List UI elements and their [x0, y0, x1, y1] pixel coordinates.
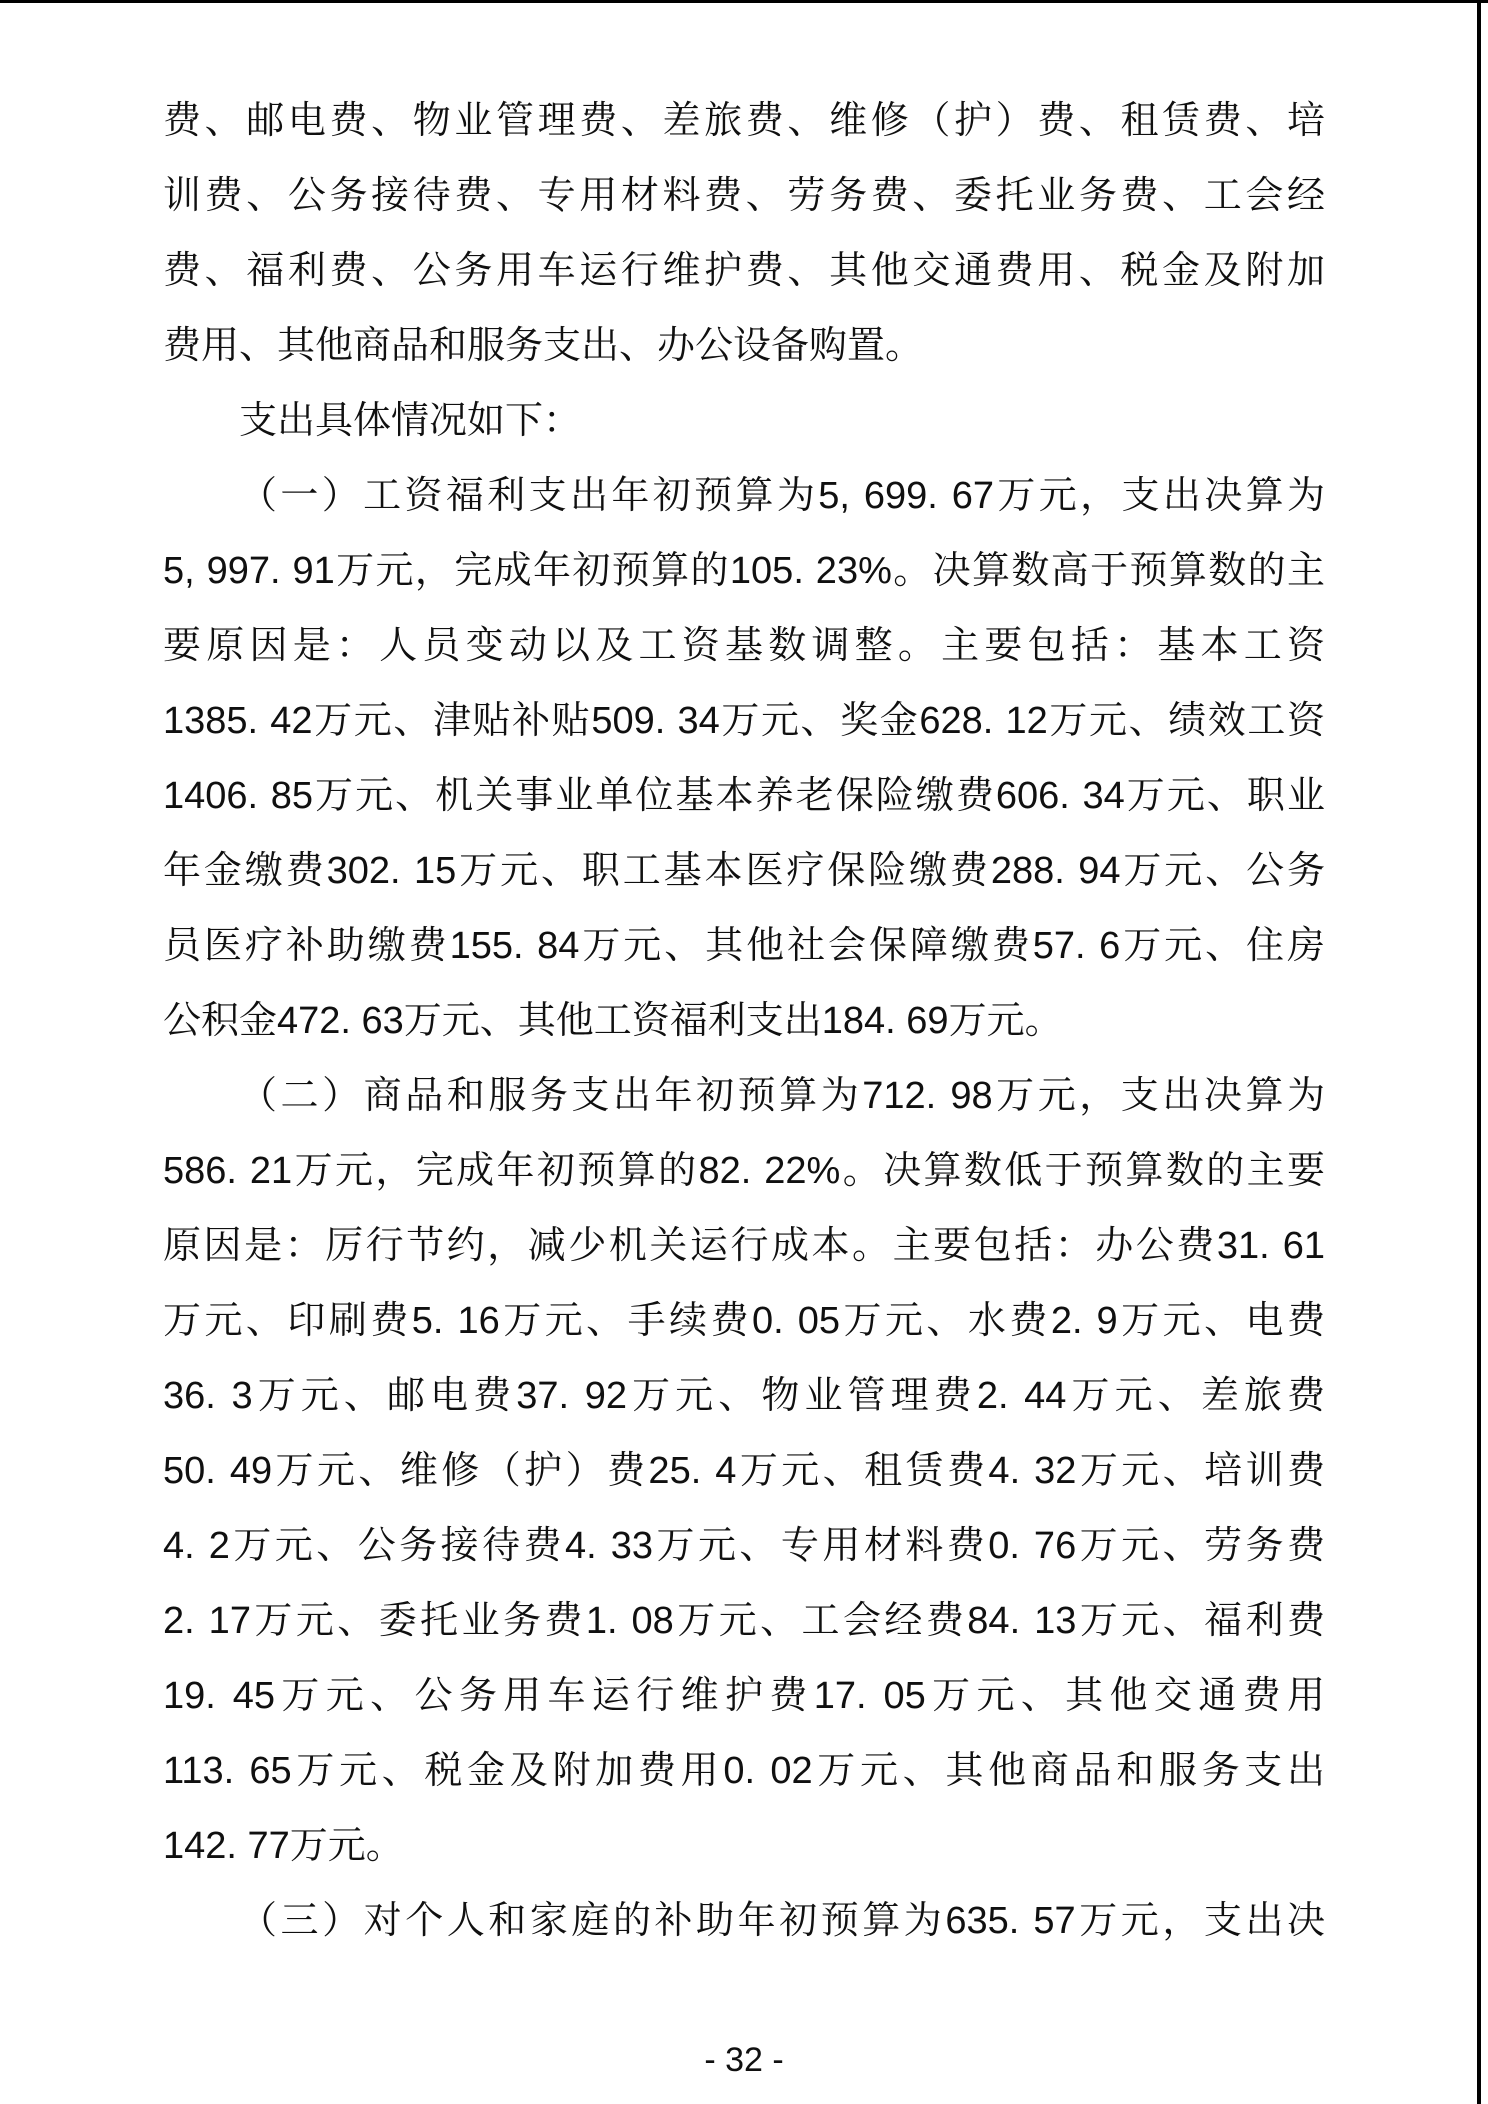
text-line: 142. 77万元。	[163, 1809, 1325, 1884]
page-footer: - 32 -	[0, 2030, 1488, 2090]
text-line: 训费、公务接待费、专用材料费、劳务费、委托业务费、工会经	[163, 159, 1325, 234]
text-line: 113. 65万元、税金及附加费用0. 02万元、其他商品和服务支出	[163, 1734, 1325, 1809]
document-body: 费、邮电费、物业管理费、差旅费、维修（护）费、租赁费、培 训费、公务接待费、专用…	[163, 84, 1325, 1959]
text-line: 年金缴费302. 15万元、职工基本医疗保险缴费288. 94万元、公务	[163, 834, 1325, 909]
document-page: 费、邮电费、物业管理费、差旅费、维修（护）费、租赁费、培 训费、公务接待费、专用…	[0, 0, 1488, 2104]
scan-edge-top	[0, 0, 1488, 3]
text-line: 费用、其他商品和服务支出、办公设备购置。	[163, 309, 1325, 384]
text-line: 公积金472. 63万元、其他工资福利支出184. 69万元。	[163, 984, 1325, 1059]
scan-edge-right	[1477, 0, 1481, 2104]
text-line: 5, 997. 91万元，完成年初预算的105. 23%。决算数高于预算数的主	[163, 534, 1325, 609]
text-line: 原因是：厉行节约，减少机关运行成本。主要包括：办公费31. 61	[163, 1209, 1325, 1284]
text-line: （三）对个人和家庭的补助年初预算为635. 57万元，支出决	[163, 1884, 1325, 1959]
text-line: （二）商品和服务支出年初预算为712. 98万元，支出决算为	[163, 1059, 1325, 1134]
text-line: 要原因是：人员变动以及工资基数调整。主要包括：基本工资	[163, 609, 1325, 684]
text-line: 1406. 85万元、机关事业单位基本养老保险缴费606. 34万元、职业	[163, 759, 1325, 834]
text-line: 费、邮电费、物业管理费、差旅费、维修（护）费、租赁费、培	[163, 84, 1325, 159]
text-line: 员医疗补助缴费155. 84万元、其他社会保障缴费57. 6万元、住房	[163, 909, 1325, 984]
text-line: 支出具体情况如下：	[163, 384, 1325, 459]
text-line: 费、福利费、公务用车运行维护费、其他交通费用、税金及附加	[163, 234, 1325, 309]
text-line: （一）工资福利支出年初预算为5, 699. 67万元，支出决算为	[163, 459, 1325, 534]
text-line: 50. 49万元、维修（护）费25. 4万元、租赁费4. 32万元、培训费	[163, 1434, 1325, 1509]
text-line: 36. 3万元、邮电费37. 92万元、物业管理费2. 44万元、差旅费	[163, 1359, 1325, 1434]
page-number: - 32 -	[704, 2041, 783, 2079]
text-line: 19. 45万元、公务用车运行维护费17. 05万元、其他交通费用	[163, 1659, 1325, 1734]
text-line: 2. 17万元、委托业务费1. 08万元、工会经费84. 13万元、福利费	[163, 1584, 1325, 1659]
text-line: 4. 2万元、公务接待费4. 33万元、专用材料费0. 76万元、劳务费	[163, 1509, 1325, 1584]
text-line: 1385. 42万元、津贴补贴509. 34万元、奖金628. 12万元、绩效工…	[163, 684, 1325, 759]
text-line: 586. 21万元，完成年初预算的82. 22%。决算数低于预算数的主要	[163, 1134, 1325, 1209]
text-line: 万元、印刷费5. 16万元、手续费0. 05万元、水费2. 9万元、电费	[163, 1284, 1325, 1359]
